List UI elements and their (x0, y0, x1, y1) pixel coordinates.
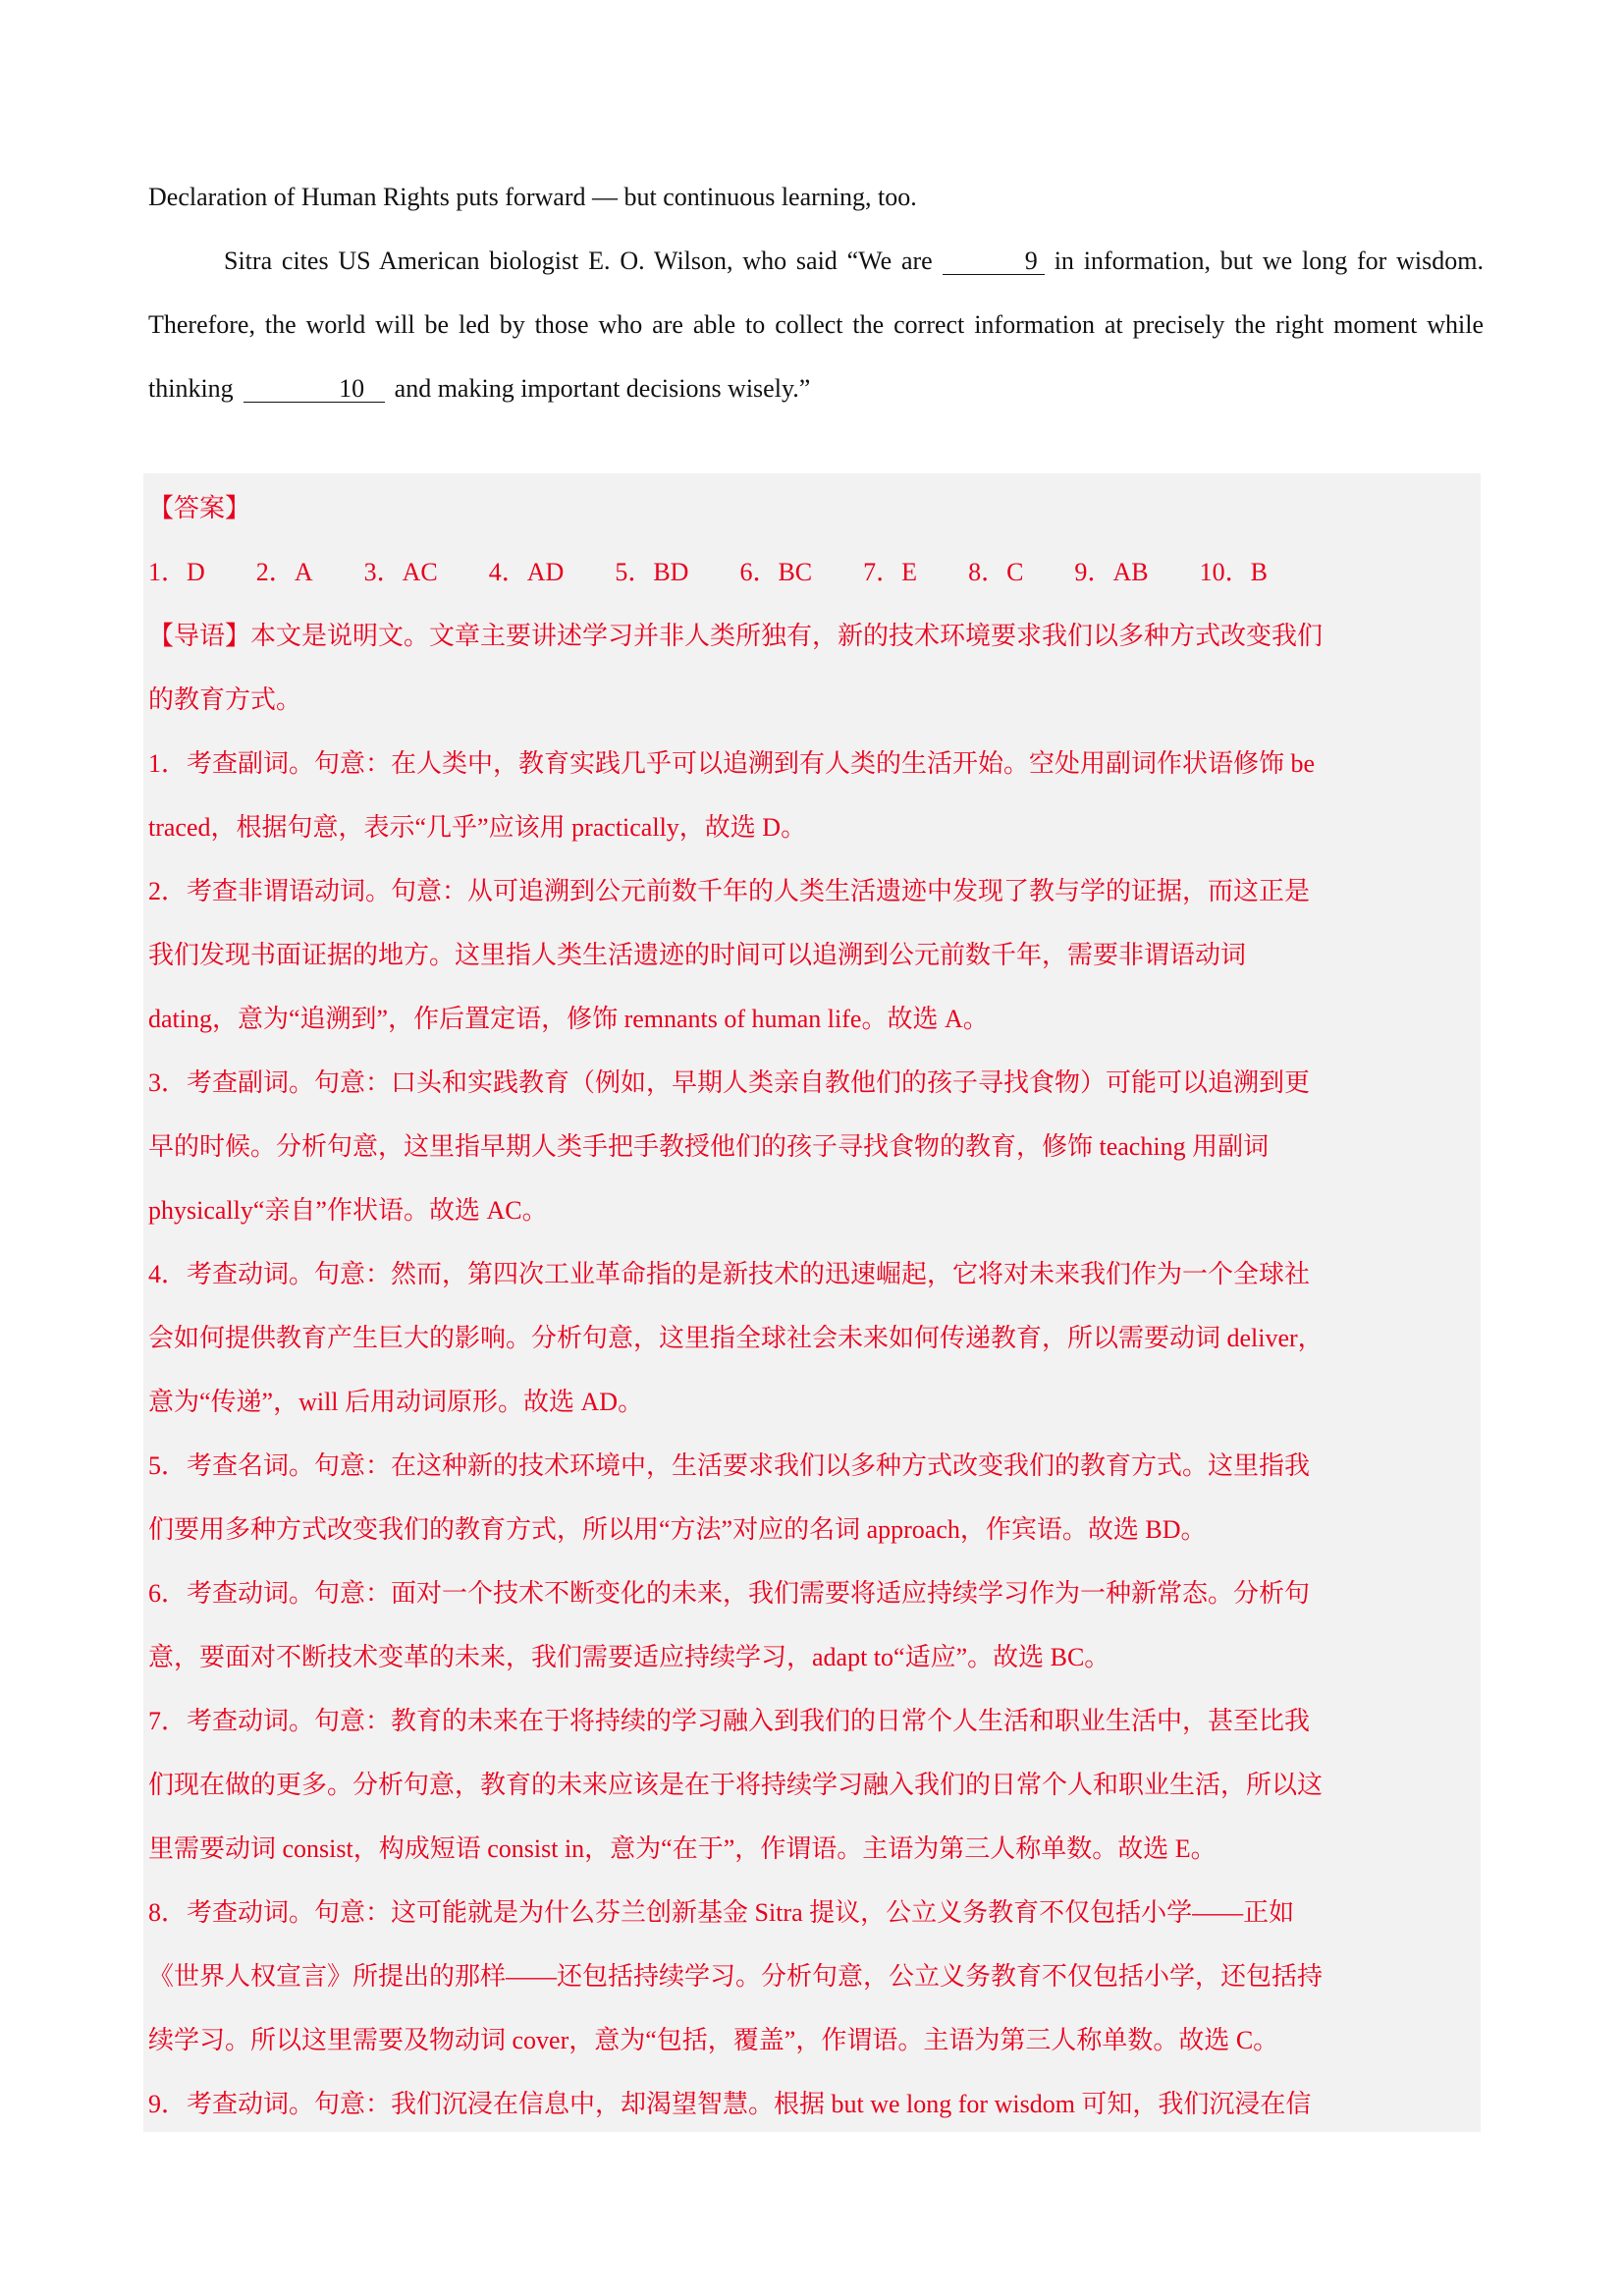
answer-item: 5．BD (615, 540, 688, 604)
explanation-line: 1．考查副词。句意：在人类中，教育实践几乎可以追溯到有人类的生活开始。空处用副词… (148, 732, 1474, 795)
explanation-line: traced，根据句意，表示“几乎”应该用 practically，故选 D。 (148, 795, 1474, 859)
explanation-line: 3．考查副词。句意：口头和实践教育（例如，早期人类亲自教他们的孩子寻找食物）可能… (148, 1051, 1474, 1115)
explanation-line: 我们发现书面证据的地方。这里指人类生活遗迹的时间可以追溯到公元前数千年，需要非谓… (148, 923, 1474, 987)
answer-choice: AD (527, 558, 565, 586)
answer-choice: C (1006, 558, 1023, 586)
answer-number: 8． (968, 558, 1006, 586)
answer-item: 10．B (1200, 540, 1268, 604)
answer-item: 9．AB (1074, 540, 1148, 604)
explanation-line: dating，意为“追溯到”，作后置定语，修饰 remnants of huma… (148, 987, 1474, 1051)
answer-choice: AC (403, 558, 438, 586)
explanation-line: 《世界人权宣言》所提出的那样——还包括持续学习。分析句意，公立义务教育不仅包括小… (148, 1944, 1474, 2008)
answer-number: 3． (364, 558, 403, 586)
answer-number: 6． (739, 558, 778, 586)
answer-number: 9． (1074, 558, 1112, 586)
answer-choice: BD (653, 558, 688, 586)
answer-number: 4． (489, 558, 527, 586)
passage-text: Sitra cites US American biologist E. O. … (224, 246, 933, 275)
answer-number: 5． (615, 558, 653, 586)
explanation-line: 意，要面对不断技术变革的未来，我们需要适应持续学习，adapt to“适应”。故… (148, 1625, 1474, 1689)
explanation-line: 会如何提供教育产生巨大的影响。分析句意，这里指全球社会未来如何传递教育，所以需要… (148, 1306, 1474, 1370)
answer-choice: BC (778, 558, 812, 586)
answer-item: 4．AD (489, 540, 565, 604)
answer-content: 【答案】 1．D 2．A 3．AC 4．AD 5．BD 6．BC 7．E 8．C… (148, 476, 1474, 2136)
explanation-line: 7．考查动词。句意：教育的未来在于将持续的学习融入到我们的日常个人生活和职业生活… (148, 1689, 1474, 1753)
explanation-line: 续学习。所以这里需要及物动词 cover，意为“包括，覆盖”，作谓语。主语为第三… (148, 2008, 1474, 2072)
answer-number: 2． (256, 558, 295, 586)
answer-number: 10． (1200, 558, 1251, 586)
explanation-line: 们要用多种方式改变我们的教育方式，所以用“方法”对应的名词 approach，作… (148, 1498, 1474, 1561)
explanation-line: physically“亲自”作状语。故选 AC。 (148, 1178, 1474, 1242)
answer-item: 2．A (256, 540, 313, 604)
passage-text: and making important decisions wisely.” (395, 374, 811, 403)
document-page: Declaration of Human Rights puts forward… (0, 0, 1623, 2296)
explanation-line: 们现在做的更多。分析句意，教育的未来应该是在于将持续学习融入我们的日常个人和职业… (148, 1753, 1474, 1817)
answer-choice: A (295, 558, 313, 586)
answer-explanation-box: 【答案】 1．D 2．A 3．AC 4．AD 5．BD 6．BC 7．E 8．C… (143, 473, 1481, 2132)
explanation-line: 6．考查动词。句意：面对一个技术不断变化的未来，我们需要将适应持续学习作为一种新… (148, 1561, 1474, 1625)
passage-paragraph: Sitra cites US American biologist E. O. … (148, 229, 1484, 420)
explanation-line: 早的时候。分析句意，这里指早期人类手把手教授他们的孩子寻找食物的教育，修饰 te… (148, 1115, 1474, 1178)
explanation-line: 9．考查动词。句意：我们沉浸在信息中，却渴望智慧。根据 but we long … (148, 2072, 1474, 2136)
blank-9: 9 (943, 248, 1045, 275)
reading-passage: Declaration of Human Rights puts forward… (148, 165, 1484, 420)
answer-heading: 【答案】 (148, 476, 1474, 540)
answer-choice: AB (1112, 558, 1148, 586)
answer-number: 1． (148, 558, 187, 586)
answer-choice: D (187, 558, 205, 586)
answer-choice: B (1251, 558, 1268, 586)
explanation-line: 2．考查非谓语动词。句意：从可追溯到公元前数千年的人类生活遗迹中发现了教与学的证… (148, 859, 1474, 923)
explanation-line: 5．考查名词。句意：在这种新的技术环境中，生活要求我们以多种方式改变我们的教育方… (148, 1434, 1474, 1498)
intro-line: 【导语】本文是说明文。文章主要讲述学习并非人类所独有，新的技术环境要求我们以多种… (148, 604, 1474, 668)
answer-item: 6．BC (739, 540, 812, 604)
answer-number: 7． (863, 558, 901, 586)
passage-line: Declaration of Human Rights puts forward… (148, 165, 1484, 229)
explanation-line: 意为“传递”，will 后用动词原形。故选 AD。 (148, 1370, 1474, 1434)
intro-line: 的教育方式。 (148, 668, 1474, 732)
blank-10: 10 (243, 376, 385, 403)
explanation-line: 4．考查动词。句意：然而，第四次工业革命指的是新技术的迅速崛起，它将对未来我们作… (148, 1242, 1474, 1306)
answer-key-list: 1．D 2．A 3．AC 4．AD 5．BD 6．BC 7．E 8．C 9．AB… (148, 540, 1474, 604)
answer-choice: E (901, 558, 917, 586)
explanation-line: 8．考查动词。句意：这可能就是为什么芬兰创新基金 Sitra 提议，公立义务教育… (148, 1881, 1474, 1944)
explanation-line: 里需要动词 consist，构成短语 consist in，意为“在于”，作谓语… (148, 1817, 1474, 1881)
answer-item: 8．C (968, 540, 1023, 604)
answer-item: 1．D (148, 540, 205, 604)
answer-item: 7．E (863, 540, 917, 604)
passage-text: in information, but we long for (1055, 246, 1387, 275)
answer-item: 3．AC (364, 540, 438, 604)
